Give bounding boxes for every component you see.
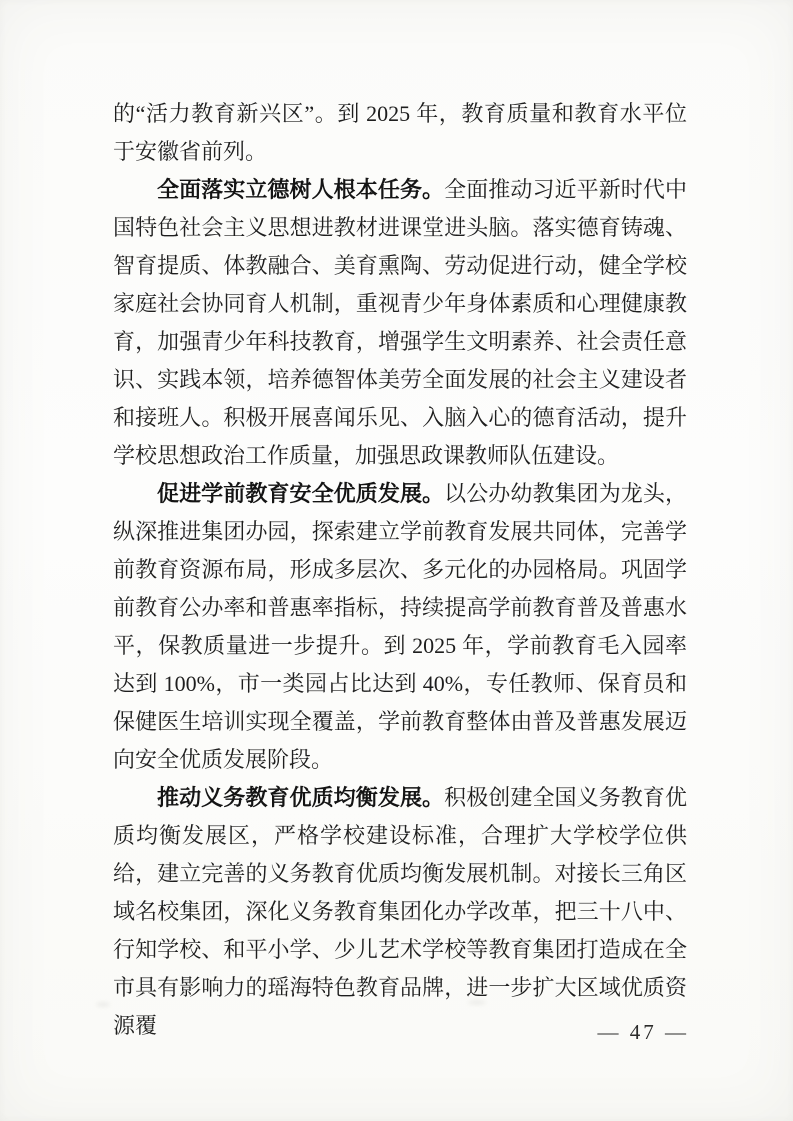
scan-smudge [96,1002,110,1007]
paragraph-text: 全面推动习近平新时代中国特色社会主义思想进教材进课堂进头脑。落实德育铸魂、智育提… [113,177,687,468]
paragraph-lead: 促进学前教育安全优质发展。 [157,481,444,506]
paragraph-text: 以公办幼教集团为龙头，纵深推进集团办园，探索建立学前教育发展共同体，完善学前教育… [113,481,687,772]
paragraph-lead: 推动义务教育优质均衡发展。 [157,785,444,810]
paragraph-moral-education: 全面落实立德树人根本任务。全面推动习近平新时代中国特色社会主义思想进教材进课堂进… [113,171,687,475]
page-number: — 47 — [598,1020,690,1045]
paragraph-preschool-education: 促进学前教育安全优质发展。以公办幼教集团为龙头，纵深推进集团办园，探索建立学前教… [113,475,687,779]
page-number-label: — 47 — [598,1020,690,1044]
scanned-document-page: 的“活力教育新兴区”。到 2025 年，教育质量和教育水平位于安徽省前列。 全面… [0,0,793,1121]
paragraph-lead: 全面落实立德树人根本任务。 [157,177,444,202]
paragraph-text: 的“活力教育新兴区”。到 2025 年，教育质量和教育水平位于安徽省前列。 [113,101,687,164]
paragraph-text: 积极创建全国义务教育优质均衡发展区，严格学校建设标准，合理扩大学校学位供给，建立… [113,785,687,1038]
scan-smudge [468,1000,486,1005]
document-body: 的“活力教育新兴区”。到 2025 年，教育质量和教育水平位于安徽省前列。 全面… [113,95,687,1045]
paragraph-continuation: 的“活力教育新兴区”。到 2025 年，教育质量和教育水平位于安徽省前列。 [113,95,687,171]
paragraph-compulsory-education: 推动义务教育优质均衡发展。积极创建全国义务教育优质均衡发展区，严格学校建设标准，… [113,779,687,1045]
